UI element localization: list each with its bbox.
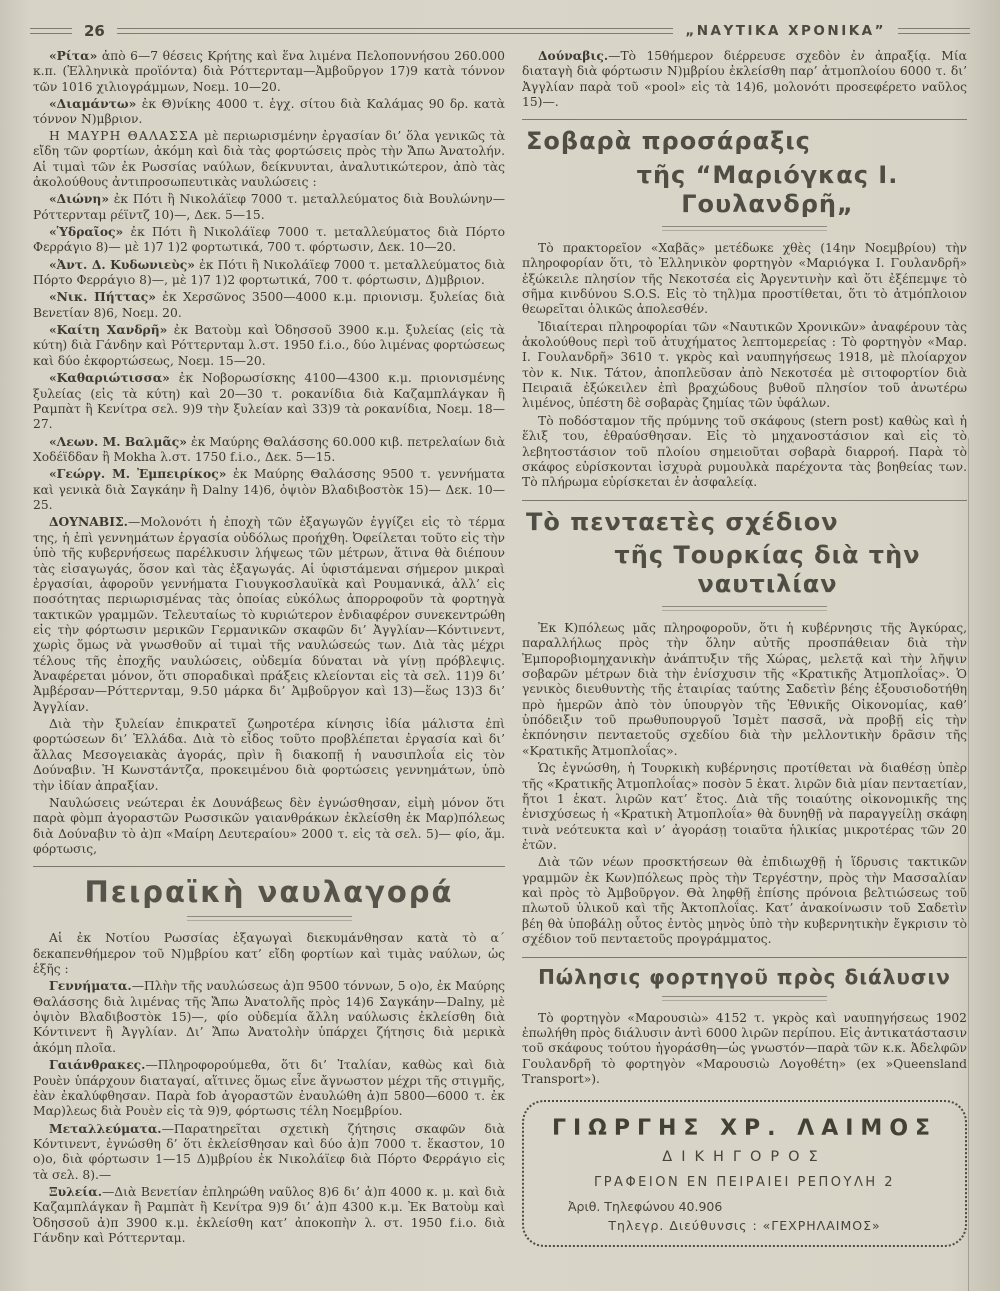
advertiser-phone: Ἀριθ. Τηλεφώνου 40.906: [542, 1199, 947, 1214]
section-divider-rule: [522, 957, 967, 958]
advertiser-office-address: ΓΡΑΦΕΙΟΝ ΕΝ ΠΕΙΡΑΙΕΙ ΡΕΠΟΥΛΗ 2: [542, 1175, 947, 1190]
advertiser-telegraph-address: Τηλεγρ. Διεύθυνσις : «ΓΕΧΡΗΛΑΙΜΟΣ»: [542, 1218, 947, 1233]
scanned-magazine-page: 26 „ΝΑΥΤΙΚΑ ΧΡΟΝΙΚΑ” «Ρίτα» ἀπὸ 6—7 θέσε…: [0, 0, 1000, 1291]
section-divider-rule: [33, 866, 505, 867]
charter-paragraph: «Ὑδραῖος» ἐκ Πότι ἢ Νικολάϊεφ 7000 τ. με…: [33, 224, 505, 256]
advertiser-profession: ΔΙΚΗΓΟΡΟΣ: [542, 1149, 947, 1165]
coal-paragraph: Γαιάνθρακες.—Πληροφορούμεθα, ὅτι δι’ Ἰτα…: [33, 1057, 505, 1119]
grounding-headline-line2: τῆς “Μαριόγκας Ι. Γουλανδρῆ„: [522, 161, 967, 219]
paragraph-text: Ἐκ Κ)πόλεως μᾶς πληροφοροῦν, ὅτι ἡ κυβέρ…: [522, 621, 967, 758]
paragraph-text: Ἰδιαίτεραι πληροφορίαι τῶν «Ναυτικῶν Χρο…: [522, 320, 967, 411]
lawyer-advertisement-box: ΓΙΩΡΓΗΣ ΧΡ. ΛΑΙΜΟΣ ΔΙΚΗΓΟΡΟΣ ΓΡΑΦΕΙΟΝ ΕΝ…: [522, 1100, 967, 1247]
paragraph-lead: «Γεώργ. Μ. Ἐμπειρίκος»: [49, 466, 226, 481]
timber-paragraph: Διὰ τὴν ξυλείαν ἐπικρατεῖ ζωηροτέρα κίνη…: [33, 716, 505, 794]
charter-paragraph: «Καίτη Χανδρῆ» ἐκ Βατοὺμ καὶ Ὀδησσοῦ 390…: [33, 322, 505, 369]
paragraph-lead: Ξυλεία.: [49, 1184, 102, 1199]
charter-paragraph: «Καθαριώτισσα» ἐκ Νοβορωσίσκης 4100—4300…: [33, 370, 505, 432]
charter-paragraph: «Νικ. Πήττας» ἐκ Χερσῶνος 3500—4000 κ.μ.…: [33, 289, 505, 321]
market-intro-paragraph: Αἱ ἐκ Νοτίου Ρωσσίας ἐξαγωγαὶ διεκυμάνθη…: [33, 930, 505, 977]
sale-paragraph: Τὸ φορτηγὸν «Μαρουσιὼ» 4152 τ. γκρὸς καὶ…: [522, 1010, 967, 1088]
black-sea-intro-paragraph: Η ΜΑΥΡΗ ΘΑΛΑΣΣΑ μὲ περιωρισμένην ἐργασία…: [33, 129, 505, 190]
right-column: Δούναβις.—Τὸ 15θήμερον διέρρευσε σχεδὸν …: [522, 48, 967, 1248]
content-columns: «Ρίτα» ἀπὸ 6—7 θέσεις Κρήτης καὶ ἕνα λιμ…: [33, 48, 967, 1248]
paragraph-text: —Μολονότι ἡ ἐποχὴ τῶν ἐξαγωγῶν ἐγγίζει ε…: [33, 515, 505, 713]
paragraph-text: Διὰ τῶν νέων προσκτήσεων θὰ ἐπιδιωχθῇ ἡ …: [522, 855, 967, 946]
headline-underrule: [662, 996, 827, 1001]
grounding-headline-line1: Σοβαρὰ προσάραξις: [522, 127, 967, 156]
paragraph-text: Αἱ ἐκ Νοτίου Ρωσσίας ἐξαγωγαὶ διεκυμάνθη…: [33, 931, 505, 976]
charter-paragraph: «Διώνη» ἐκ Πότι ἢ Νικολάϊεφ 7000 τ. μετα…: [33, 191, 505, 223]
charter-paragraph: «Γεώργ. Μ. Ἐμπειρίκος» ἐκ Μαύρης Θαλάσση…: [33, 466, 505, 513]
paragraph-lead: «Ὑδραῖος»: [49, 224, 123, 239]
page-edge-shadow-line: [968, 438, 969, 1291]
headline-underrule: [662, 226, 827, 231]
turkey-plan-headline-line2: τῆς Τουρκίας διὰ τὴν ναυτιλίαν: [522, 541, 967, 599]
grounding-paragraph: Τὸ ποδόσταμον τῆς πρύμνης τοῦ σκάφους (s…: [522, 413, 967, 491]
paragraph-lead: Δούναβις.: [538, 48, 608, 63]
paragraph-lead: «Λεων. Μ. Βαλμᾶς»: [49, 434, 187, 449]
paragraph-text: Ναυλώσεις νεώτεραι ἐκ Δουνάβεως δὲν ἐγνώ…: [33, 796, 505, 856]
page-header: 26 „ΝΑΥΤΙΚΑ ΧΡΟΝΙΚΑ”: [30, 22, 970, 40]
paragraph-text: Τὸ ποδόσταμον τῆς πρύμνης τοῦ σκάφους (s…: [522, 414, 967, 489]
turkey-plan-paragraph: Ἐκ Κ)πόλεως μᾶς πληροφοροῦν, ὅτι ἡ κυβέρ…: [522, 620, 967, 759]
paragraph-lead: «Νικ. Πήττας»: [49, 289, 156, 304]
masthead-title: „ΝΑΥΤΙΚΑ ΧΡΟΝΙΚΑ”: [685, 23, 886, 39]
paragraph-text: Ὡς ἐγνώσθη, ἡ Τουρκικὴ κυβέρνησις προτίθ…: [522, 761, 967, 852]
grain-paragraph: Γεννήματα.—Πλὴν τῆς ναυλώσεως ἀ)π 9500 τ…: [33, 978, 505, 1056]
paragraph-text: Τὸ πρακτορεῖον «Χαβᾶς» μετέδωκε χθὲς (14…: [522, 241, 967, 316]
timber-market-paragraph: Ξυλεία.—Διὰ Βενετίαν ἐπληρώθη ναῦλος 8)6…: [33, 1184, 505, 1246]
paragraph-lead: Γαιάνθρακες.: [49, 1057, 145, 1072]
charters-news-paragraph: Ναυλώσεις νεώτεραι ἐκ Δουνάβεως δὲν ἐγνώ…: [33, 795, 505, 857]
paragraph-lead: «Καθαριώτισσα»: [49, 370, 170, 385]
paragraph-lead: «Ρίτα»: [49, 48, 97, 63]
danube-note-paragraph: Δούναβις.—Τὸ 15θήμερον διέρρευσε σχεδὸν …: [522, 48, 967, 110]
paragraph-lead: ΔΟΥΝΑΒΙΣ.: [49, 514, 128, 529]
paragraph-lead: «Καίτη Χανδρῆ»: [49, 322, 167, 337]
charter-paragraph: «Ρίτα» ἀπὸ 6—7 θέσεις Κρήτης καὶ ἕνα λιμ…: [33, 48, 505, 95]
header-rule-left: [30, 28, 72, 34]
paragraph-lead: Μεταλλεύματα.: [49, 1121, 162, 1136]
sale-headline: Πώλησις φορτηγοῦ πρὸς διάλυσιν: [522, 965, 967, 989]
grounding-paragraph: Ἰδιαίτεραι πληροφορίαι τῶν «Ναυτικῶν Χρο…: [522, 319, 967, 412]
page-number: 26: [84, 22, 105, 40]
paragraph-lead: «Διώνη»: [49, 191, 109, 206]
turkey-plan-headline-line1: Τὸ πενταετὲς σχέδιον: [522, 508, 967, 537]
paragraph-text: Τὸ φορτηγὸν «Μαρουσιὼ» 4152 τ. γκρὸς καὶ…: [522, 1011, 967, 1086]
charter-paragraph: «Διαμάντω» ἐκ Θ)νίκης 4000 τ. ἐγχ. σίτου…: [33, 96, 505, 128]
charter-paragraph: «Λεων. Μ. Βαλμᾶς» ἐκ Μαύρης Θαλάσσης 60.…: [33, 434, 505, 466]
header-rule-right: [898, 28, 970, 34]
paragraph-text: Διὰ τὴν ξυλείαν ἐπικρατεῖ ζωηροτέρα κίνη…: [33, 717, 505, 792]
headline-underrule: [662, 606, 827, 611]
ores-paragraph: Μεταλλεύματα.—Παρατηρεῖται σχετικὴ ζήτησ…: [33, 1121, 505, 1183]
paragraph-lead: «Ἀντ. Δ. Κυδωνιεὺς»: [49, 257, 195, 272]
left-column: «Ρίτα» ἀπὸ 6—7 θέσεις Κρήτης καὶ ἕνα λιμ…: [33, 48, 505, 1248]
grounding-paragraph: Τὸ πρακτορεῖον «Χαβᾶς» μετέδωκε χθὲς (14…: [522, 240, 967, 318]
danube-section-paragraph: ΔΟΥΝΑΒΙΣ.—Μολονότι ἡ ἐποχὴ τῶν ἐξαγωγῶν …: [33, 514, 505, 715]
paragraph-lead: Η ΜΑΥΡΗ ΘΑΛΑΣΣΑ: [49, 129, 199, 143]
piraeus-market-headline: Πειραϊκὴ ναυλαγορά: [33, 875, 505, 909]
paragraph-lead: «Διαμάντω»: [49, 96, 136, 111]
turkey-plan-paragraph: Ὡς ἐγνώσθη, ἡ Τουρκικὴ κυβέρνησις προτίθ…: [522, 760, 967, 853]
paragraph-lead: Γεννήματα.: [49, 978, 132, 993]
section-divider-rule: [522, 119, 967, 120]
turkey-plan-paragraph: Διὰ τῶν νέων προσκτήσεων θὰ ἐπιδιωχθῇ ἡ …: [522, 854, 967, 947]
section-divider-rule: [522, 500, 967, 501]
headline-underrule: [187, 916, 352, 921]
paragraph-text: ἀπὸ 6—7 θέσεις Κρήτης καὶ ἕνα λιμένα Πελ…: [33, 49, 505, 94]
paragraph-text: —Διὰ Βενετίαν ἐπληρώθη ναῦλος 8)6 δι’ ἀ)…: [33, 1185, 505, 1245]
charter-paragraph: «Ἀντ. Δ. Κυδωνιεὺς» ἐκ Πότι ἢ Νικολάϊεφ …: [33, 257, 505, 289]
header-rule-center: [117, 28, 674, 34]
advertiser-name: ΓΙΩΡΓΗΣ ΧΡ. ΛΑΙΜΟΣ: [542, 1116, 947, 1141]
